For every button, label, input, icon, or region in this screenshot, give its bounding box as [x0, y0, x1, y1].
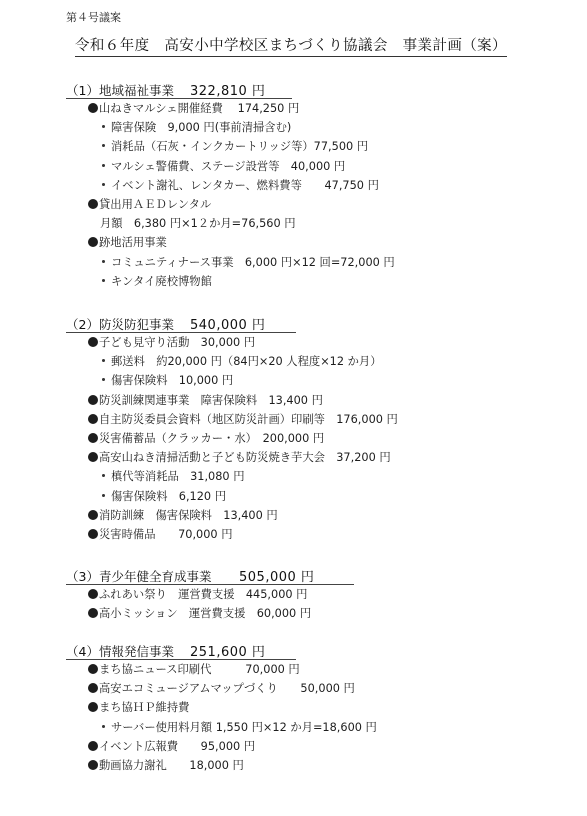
- section-youth-development: （3）青少年健全育成事業 505,000 円 ふれあい祭り 運営費支援 445,…: [66, 566, 526, 623]
- list-item: 防災訓練関連事業 障害保険料 13,400 円: [66, 391, 526, 410]
- section-heading: （4）情報発信事業 251,600 円: [66, 641, 296, 660]
- dot-icon: [102, 725, 105, 728]
- section-amount: 322,810 円: [190, 80, 265, 99]
- list-subitem: 槙代等消耗品 31,080 円: [66, 467, 526, 486]
- section-heading: （1）地域福祉事業 322,810 円: [66, 80, 292, 99]
- bullet-icon: [88, 608, 98, 618]
- dot-icon: [102, 494, 105, 497]
- bullet-icon: [88, 433, 98, 443]
- section-heading: （3）青少年健全育成事業 505,000 円: [66, 566, 354, 585]
- dot-icon: [102, 260, 105, 263]
- dot-icon: [102, 125, 105, 128]
- list-item: 子ども見守り活動 30,000 円: [66, 333, 526, 352]
- list-item: 跡地活用事業: [66, 233, 526, 252]
- list-subitem: 傷害保険料 6,120 円: [66, 487, 526, 506]
- bullet-icon: [88, 395, 98, 405]
- bullet-icon: [88, 337, 98, 347]
- bullet-icon: [88, 683, 98, 693]
- list-subitem: マルシェ警備費、ステージ設営等 40,000 円: [66, 157, 526, 176]
- bullet-icon: [88, 199, 98, 209]
- bullet-icon: [88, 452, 98, 462]
- section-name: （3）青少年健全育成事業: [66, 567, 239, 585]
- list-item: 貸出用ＡＥＤレンタル: [66, 195, 526, 214]
- dot-icon: [102, 359, 105, 362]
- list-continuation: 月額 6,380 円×1２か月=76,560 円: [66, 214, 526, 233]
- list-item: 高安エコミュージアムマップづくり 50,000 円: [66, 679, 526, 698]
- list-item: 動画協力謝礼 18,000 円: [66, 756, 526, 775]
- bullet-icon: [88, 589, 98, 599]
- section-name: （2）防災防犯事業: [66, 315, 190, 333]
- bullet-icon: [88, 702, 98, 712]
- list-subitem: 消耗品（石灰・インクカートリッジ等）77,500 円: [66, 137, 526, 156]
- document-page: 第４号議案 令和６年度 高安小中学校区まちづくり協議会 事業計画（案） （1）地…: [0, 0, 587, 816]
- section-amount: 251,600 円: [190, 641, 265, 660]
- list-item: 山ねきマルシェ開催経費 174,250 円: [66, 99, 526, 118]
- bullet-icon: [88, 103, 98, 113]
- agenda-label: 第４号議案: [66, 9, 121, 25]
- dot-icon: [102, 183, 105, 186]
- list-item: 高安山ねき清掃活動と子ども防災焼き芋大会 37,200 円: [66, 448, 526, 467]
- list-subitem: サーバー使用料月額 1,550 円×12 か月=18,600 円: [66, 718, 526, 737]
- bullet-icon: [88, 741, 98, 751]
- list-subitem: 郵送料 約20,000 円（84円×20 人程度×12 か月）: [66, 352, 526, 371]
- dot-icon: [102, 378, 105, 381]
- bullet-icon: [88, 237, 98, 247]
- list-item: 消防訓練 傷害保険料 13,400 円: [66, 506, 526, 525]
- list-item: イベント広報費 95,000 円: [66, 737, 526, 756]
- list-item: 高小ミッション 運営費支援 60,000 円: [66, 604, 526, 623]
- section-community-welfare: （1）地域福祉事業 322,810 円 山ねきマルシェ開催経費 174,250 …: [66, 80, 526, 291]
- section-information-dissemination: （4）情報発信事業 251,600 円 まち協ニュース印刷代 70,000 円 …: [66, 641, 526, 775]
- list-item: 災害備蓄品（クラッカー・水） 200,000 円: [66, 429, 526, 448]
- dot-icon: [102, 474, 105, 477]
- bullet-icon: [88, 664, 98, 674]
- section-heading: （2）防災防犯事業 540,000 円: [66, 314, 296, 333]
- section-amount: 505,000 円: [239, 566, 314, 585]
- document-title: 令和６年度 高安小中学校区まちづくり協議会 事業計画（案）: [75, 34, 507, 57]
- list-item: ふれあい祭り 運営費支援 445,000 円: [66, 585, 526, 604]
- list-item: まち協ＨＰ維持費: [66, 698, 526, 717]
- list-item: 自主防災委員会資料（地区防災計画）印刷等 176,000 円: [66, 410, 526, 429]
- list-subitem: 障害保険 9,000 円(事前清掃含む): [66, 118, 526, 137]
- list-subitem: イベント謝礼、レンタカー、燃料費等 47,750 円: [66, 176, 526, 195]
- section-name: （1）地域福祉事業: [66, 81, 190, 99]
- list-item: 災害時備品 70,000 円: [66, 525, 526, 544]
- section-amount: 540,000 円: [190, 314, 265, 333]
- bullet-icon: [88, 414, 98, 424]
- section-disaster-crime-prevention: （2）防災防犯事業 540,000 円 子ども見守り活動 30,000 円 郵送…: [66, 314, 526, 544]
- dot-icon: [102, 144, 105, 147]
- list-subitem: コミュニティナース事業 6,000 円×12 回=72,000 円: [66, 253, 526, 272]
- list-item: まち協ニュース印刷代 70,000 円: [66, 660, 526, 679]
- bullet-icon: [88, 760, 98, 770]
- section-name: （4）情報発信事業: [66, 642, 190, 660]
- bullet-icon: [88, 529, 98, 539]
- list-subitem: 傷害保険料 10,000 円: [66, 371, 526, 390]
- bullet-icon: [88, 510, 98, 520]
- list-subitem: キンタイ廃校博物館: [66, 272, 526, 291]
- dot-icon: [102, 279, 105, 282]
- dot-icon: [102, 164, 105, 167]
